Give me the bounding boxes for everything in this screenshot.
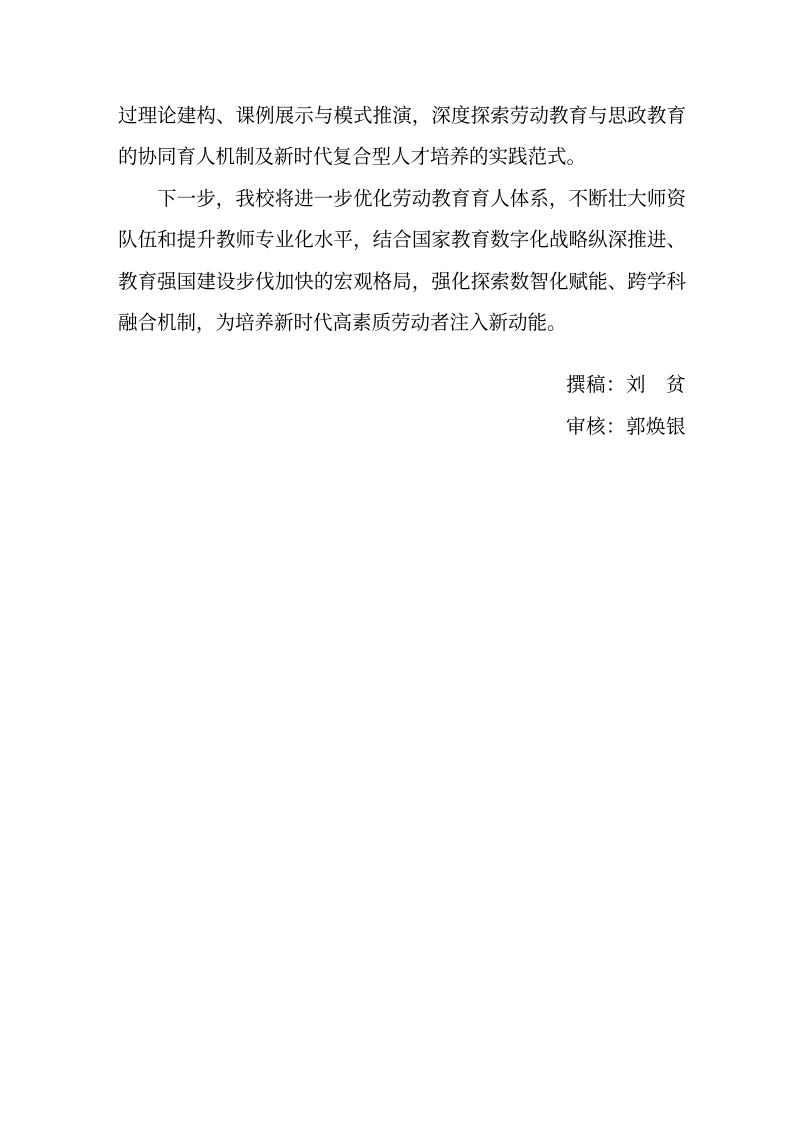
paragraph-continuation: 过理论建构、课例展示与模式推演，深度探索劳动教育与思政教育的协同育人机制及新时代…: [118, 96, 686, 179]
text-column: 过理论建构、课例展示与模式推演，深度探索劳动教育与思政教育的协同育人机制及新时代…: [118, 96, 686, 448]
reviewer-line: 审核：郭焕银: [118, 407, 686, 448]
drafter-label: 撰稿：: [566, 375, 626, 396]
paragraph-next-steps: 下一步，我校将进一步优化劳动教育育人体系，不断壮大师资队伍和提升教师专业化水平，…: [118, 179, 686, 345]
drafter-name: 刘 贫: [626, 375, 686, 396]
signature-block: 撰稿：刘 贫 审核：郭焕银: [118, 365, 686, 448]
reviewer-label: 审核：: [566, 417, 626, 438]
drafter-line: 撰稿：刘 贫: [118, 365, 686, 406]
document-page: 过理论建构、课例展示与模式推演，深度探索劳动教育与思政教育的协同育人机制及新时代…: [0, 0, 793, 1122]
reviewer-name: 郭焕银: [626, 417, 686, 438]
